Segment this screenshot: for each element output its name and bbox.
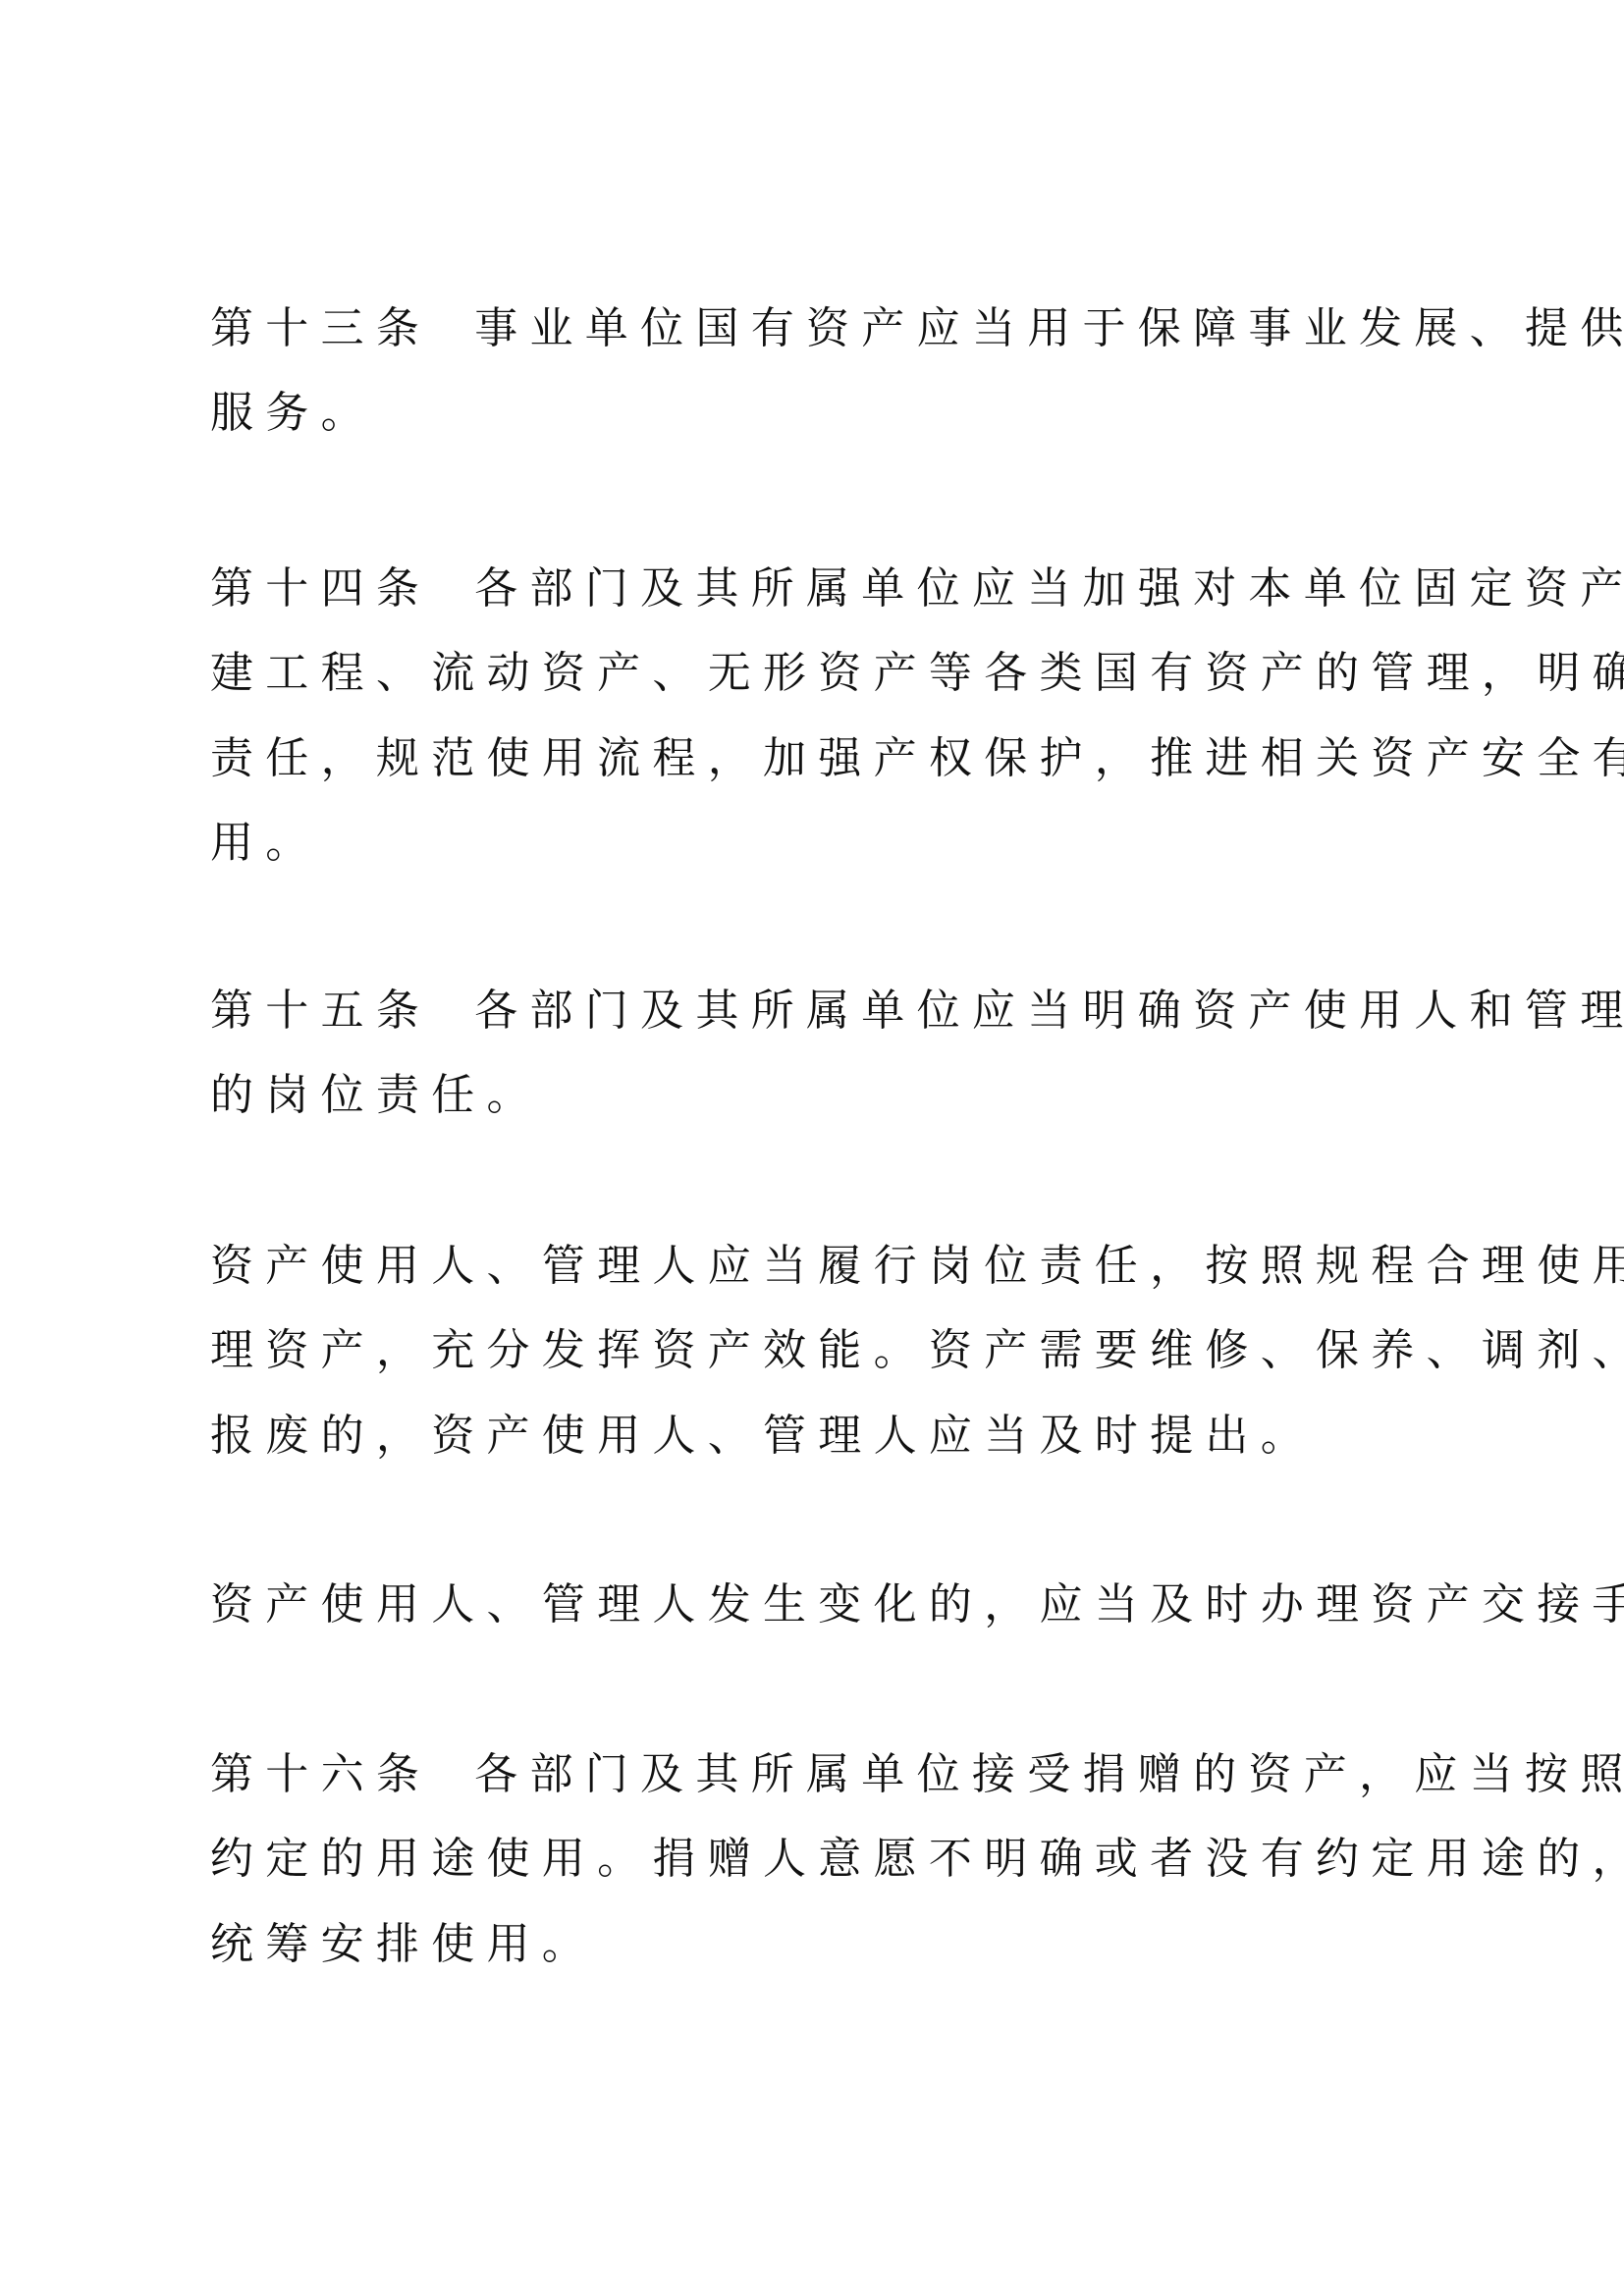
article-number: 第十四条: [210, 563, 431, 614]
text-line: 资产使用人、管理人应当履行岗位责任，按照规程合理使用、管: [210, 1224, 1432, 1308]
paragraph-asset-handover: 资产使用人、管理人发生变化的，应当及时办理资产交接手续。: [210, 1563, 1432, 1647]
text-line: 服务。: [210, 371, 1432, 455]
article-number: 第十六条: [210, 1749, 431, 1799]
article-text: 事业单位国有资产应当用于保障事业发展、提供公共: [474, 303, 1624, 353]
text-line: 第十三条事业单位国有资产应当用于保障事业发展、提供公共: [210, 287, 1432, 371]
text-line: 资产使用人、管理人发生变化的，应当及时办理资产交接手续。: [210, 1563, 1432, 1647]
article-13: 第十三条事业单位国有资产应当用于保障事业发展、提供公共 服务。: [210, 287, 1432, 456]
text-line: 约定的用途使用。捐赠人意愿不明确或者没有约定用途的，应当: [210, 1817, 1432, 1901]
article-14: 第十四条各部门及其所属单位应当加强对本单位固定资产、在 建工程、流动资产、无形资…: [210, 547, 1432, 885]
article-16: 第十六条各部门及其所属单位接受捐赠的资产，应当按照捐赠 约定的用途使用。捐赠人意…: [210, 1733, 1432, 1987]
text-line: 报废的，资产使用人、管理人应当及时提出。: [210, 1394, 1432, 1478]
text-line: 第十四条各部门及其所属单位应当加强对本单位固定资产、在: [210, 547, 1432, 631]
article-15: 第十五条各部门及其所属单位应当明确资产使用人和管理人 的岗位责任。: [210, 969, 1432, 1139]
article-number: 第十五条: [210, 986, 431, 1036]
text-line: 的岗位责任。: [210, 1053, 1432, 1138]
text-line: 用。: [210, 801, 1432, 885]
text-line: 建工程、流动资产、无形资产等各类国有资产的管理，明确管理: [210, 631, 1432, 716]
article-text: 各部门及其所属单位应当加强对本单位固定资产、在: [474, 563, 1624, 614]
paragraph-asset-users-duties: 资产使用人、管理人应当履行岗位责任，按照规程合理使用、管 理资产，充分发挥资产效…: [210, 1224, 1432, 1478]
article-number: 第十三条: [210, 303, 431, 353]
text-line: 第十六条各部门及其所属单位接受捐赠的资产，应当按照捐赠: [210, 1733, 1432, 1817]
text-line: 统筹安排使用。: [210, 1902, 1432, 1987]
text-line: 责任，规范使用流程，加强产权保护，推进相关资产安全有效使: [210, 717, 1432, 801]
text-line: 理资产，充分发挥资产效能。资产需要维修、保养、调剂、更新、: [210, 1308, 1432, 1393]
text-line: 第十五条各部门及其所属单位应当明确资产使用人和管理人: [210, 969, 1432, 1053]
article-text: 各部门及其所属单位接受捐赠的资产，应当按照捐赠: [474, 1749, 1624, 1799]
document-page: 第十三条事业单位国有资产应当用于保障事业发展、提供公共 服务。 第十四条各部门及…: [0, 0, 1624, 2296]
article-text: 各部门及其所属单位应当明确资产使用人和管理人: [474, 986, 1624, 1036]
